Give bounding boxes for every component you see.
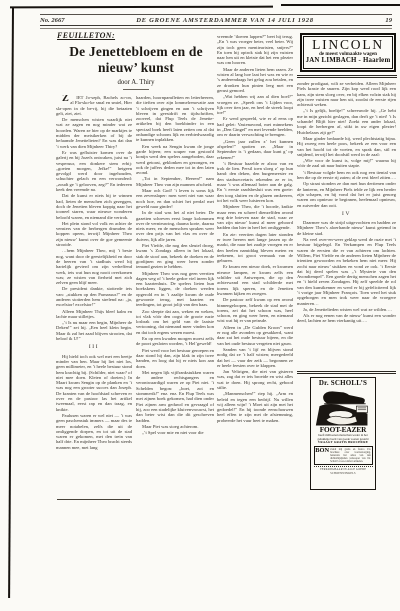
article-paragraph: De pastoor zelf kwam op een avond binnen… xyxy=(217,297,293,323)
header-rule-top xyxy=(40,14,392,15)
article-paragraph: Zoo sleepte dat aan, weken en weken, tot… xyxy=(136,309,214,335)
article-paragraph: „Wat hebben wij aan al dien boel?” vroeg… xyxy=(217,94,293,115)
lincoln-ad-frame: LINCOLN de meest volmaakte wagen JAN LIM… xyxy=(303,36,393,69)
lincoln-ad: LINCOLN de meest volmaakte wagen JAN LIM… xyxy=(300,33,396,72)
article-paragraph: Piet Viefde, die nog den sleutel droeg, … xyxy=(136,243,214,269)
article-title-block: De Jenettebloem en de nieuw’ kunst door … xyxy=(55,44,217,90)
article-paragraph: „’t Is nu maar een begin, Mijnheer de De… xyxy=(56,320,132,341)
article-paragraph: Maar och God! ’t leven is soms lijk een … xyxy=(136,188,214,209)
page-number: 19 xyxy=(385,16,392,25)
article-paragraph: zonder prodigaat, wilt ze verbeiden. All… xyxy=(297,81,396,107)
article-paragraph: Er was gefluister komen over de galerij … xyxy=(56,150,132,192)
article-paragraph: Dat de kunst er niets bij te winnen had,… xyxy=(56,193,132,219)
article-paragraph: Jan Veltrigen, die niet van gisteren was… xyxy=(217,369,293,390)
article-paragraph: Als er nog eenen van de nieuw’ kunst een… xyxy=(297,313,396,324)
header-rule-bottom xyxy=(40,25,392,26)
newspaper-page: No. 2667 DE GROENE AMSTERDAMMER VAN 14 J… xyxy=(0,0,400,611)
article-end-rule xyxy=(297,371,396,374)
article-paragraph: „Manmenschen!” riep hij. „Arm en beleid … xyxy=(217,391,293,423)
article-paragraph: „’t Spel voor mie en niet voor die xyxy=(136,430,214,435)
coupon-bon-label: BON xyxy=(315,448,329,463)
article-paragraph: „Wie voor de kunst is, volge mij!” waarn… xyxy=(297,158,396,169)
article-column-4: zonder prodigaat, wilt ze verbeiden. All… xyxy=(297,81,396,369)
dr-scholls-ad: Dr. SCHOLL’S FOOT-EAZER heeft millioenen… xyxy=(310,377,376,490)
feuilleton-kicker: FEUILLETON: xyxy=(57,31,115,40)
issue-number: No. 2667 xyxy=(40,16,65,25)
scholl-coupon-box: BON Zendt mij gratis en franco Uw brochu… xyxy=(314,446,373,465)
article-paragraph: Ja, de Jenettelieden wisten wel wat ze w… xyxy=(297,307,396,312)
article-paragraph: Sanden van ’t lijf en blijven stond nodi… xyxy=(217,347,293,368)
article-paragraph: Maar Piet was stoeg achterom. xyxy=(136,424,214,429)
coupon-fine-print: Zendt mij gratis en franco Uw brochure o… xyxy=(330,448,371,463)
article-paragraph: Piet werd voor het bestuur geroepen en d… xyxy=(136,348,214,369)
article-paragraph: Daarmee was de strijd uitgevochten en ha… xyxy=(297,220,396,236)
article-paragraph: Na veel over-en-weer geklap werd de ruzi… xyxy=(297,237,396,306)
article-paragraph: …hem Mijnheer Theo, mij ’t beste nog, wa… xyxy=(56,248,132,285)
article-paragraph: Mijnheer Theo was nog geen veertien dage… xyxy=(136,271,214,308)
scholl-cta: VRAAGT GRATIS BROCHURE xyxy=(314,441,373,445)
page-edge-left xyxy=(8,8,14,598)
article-paragraph: In de stad was het al niet beter. De gaz… xyxy=(136,210,214,242)
byline-rule xyxy=(123,89,149,90)
article-paragraph: Maar ginder bedaarde hij, werd plechtsta… xyxy=(297,136,396,157)
article-paragraph: Er werd gespeeld, wie er al eens op had … xyxy=(217,116,293,137)
article-paragraph: Er kwam een nieuw doek, er kwamen nieuwe… xyxy=(217,264,293,296)
article-paragraph: De menschen wisten waarlijk niet wat ze … xyxy=(56,117,132,149)
article-paragraph: En zie: veertien dagen later stonden er … xyxy=(217,232,293,264)
article-paragraph: Hij hield toch ook wel met een beetje mi… xyxy=(56,354,132,412)
article-paragraph: Op straat stonden ze dan met hun dertien… xyxy=(297,181,396,207)
article-paragraph: Maar de anderen lieten hem razen. Ze wis… xyxy=(217,67,293,93)
article-paragraph: haarden, hoornpamfletten en letterheeren… xyxy=(136,95,214,143)
article-paragraph: En op een kwaden morgen moest zelfs de p… xyxy=(136,336,214,347)
article-title-line2: nieuw’ kunst xyxy=(55,60,217,76)
masthead: DE GROENE AMSTERDAMMER VAN 14 JULI 1928 xyxy=(136,16,314,25)
article-paragraph: Paulusen waren er wel niet — ’t was geen… xyxy=(56,413,132,450)
foot-and-hands-illustration xyxy=(314,388,373,426)
ad-divider-rule xyxy=(297,75,397,78)
article-paragraph: „’t Is gelijk, boeltje!” schreeuwde hij.… xyxy=(297,108,396,134)
article-paragraph: Het plein stond vol volk en achter de ve… xyxy=(56,221,132,247)
article-byline: door A. Thiry xyxy=(55,79,217,86)
lincoln-brand-name: LINCOLN xyxy=(304,38,392,52)
article-paragraph: „Tot in September, Heeren!” nam Mijnheer… xyxy=(136,176,214,187)
section-heading: III xyxy=(56,345,132,350)
article-paragraph: ’t Bestuur bazelde er alzoo van en trok … xyxy=(217,161,293,203)
article-title-line1: De Jenettebloem en de xyxy=(55,44,217,60)
article-paragraph: Mijnheer Theo, die ’t hoorde, knikte maa… xyxy=(217,204,293,230)
drop-cap: Z xyxy=(56,95,70,104)
column1-end-rule xyxy=(57,499,130,500)
article-paragraph: vreemde ’tloeren lappen?” beet hij terug… xyxy=(217,34,293,66)
article-paragraph: Alleen in „De Gulden Kroon” werd er nog … xyxy=(217,325,293,346)
page-header: No. 2667 DE GROENE AMSTERDAMMER VAN 14 J… xyxy=(40,16,392,25)
article-paragraph: Met negen lijk vijffrankstukken waren de… xyxy=(136,370,214,423)
article-paragraph: De president dankte, stotterde iets van:… xyxy=(56,286,132,307)
coupon-dotted-line xyxy=(314,466,373,467)
article-paragraph: „Geen jaar zullen z’ het kunnen afspelen… xyxy=(217,139,293,160)
article-column-3: vreemde ’tloeren lappen?” beet hij terug… xyxy=(217,34,293,472)
lincoln-dealer: JAN LIMBACH - Haarlem xyxy=(304,57,392,65)
header-rule-bottom-thin xyxy=(40,28,392,29)
article-paragraph: Alleen Mijnheer Thijs bleef kalm en lach… xyxy=(56,309,132,320)
section-heading: IV xyxy=(297,212,396,217)
scholl-footer-line: VERKRIJGBAAR IN ALLE GOEDE SCHOENWINKELS xyxy=(314,468,373,475)
page-edge-top-left xyxy=(10,6,273,9)
page-edge-top-right xyxy=(281,4,400,6)
scholl-brand-name: Dr. SCHOLL’S xyxy=(314,380,373,387)
article-column-1: ZIET Jo-seph, Bachels zo-on, al Fla-sko-… xyxy=(56,95,132,492)
article-paragraph: ZIET Jo-seph, Bachels zo-on, al Fla-sko-… xyxy=(56,95,132,116)
article-paragraph: ’t Bestuur volgde hem en ook nog een tie… xyxy=(297,170,396,181)
article-paragraph: Een week na Sengin kwam de jonge garde b… xyxy=(136,144,214,176)
article-column-2: haarden, hoornpamfletten en letterheeren… xyxy=(136,95,214,481)
